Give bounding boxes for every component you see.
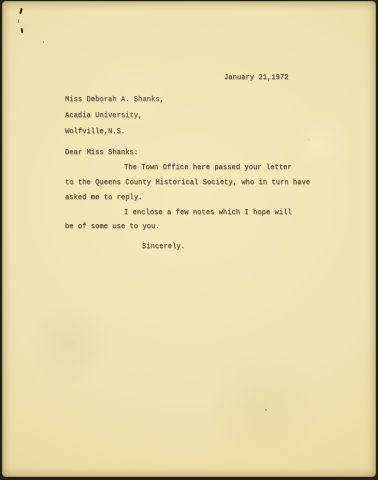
- ink-mark: [21, 28, 24, 33]
- body-line: The Town Office here passed your letter: [124, 164, 292, 173]
- paper-speck: [308, 139, 309, 140]
- letter-paper: January 21,1972 Miss Deborah A. Shanks, …: [2, 1, 376, 477]
- recipient-city: Wolfville,N.S.: [65, 128, 125, 137]
- salutation: Dear Miss Shanks:: [65, 149, 138, 158]
- closing: Sincerely.: [142, 243, 185, 252]
- recipient-institution: Acadia University,: [65, 112, 142, 121]
- paper-speck: [265, 409, 267, 411]
- body-line: be of some use to you.: [65, 223, 160, 232]
- recipient-name: Miss Deborah A. Shanks,: [65, 96, 164, 105]
- letter-date: January 21,1972: [224, 74, 289, 83]
- body-line: to the Queens County Historical Society,…: [65, 179, 310, 188]
- scanned-letter-page: January 21,1972 Miss Deborah A. Shanks, …: [0, 0, 378, 480]
- ink-mark: [19, 8, 23, 14]
- body-line: asked me to reply.: [65, 194, 142, 203]
- ink-mark: [18, 19, 20, 23]
- body-line: I enclose a few notes which I hope will: [124, 209, 292, 218]
- paper-speck: [43, 41, 44, 43]
